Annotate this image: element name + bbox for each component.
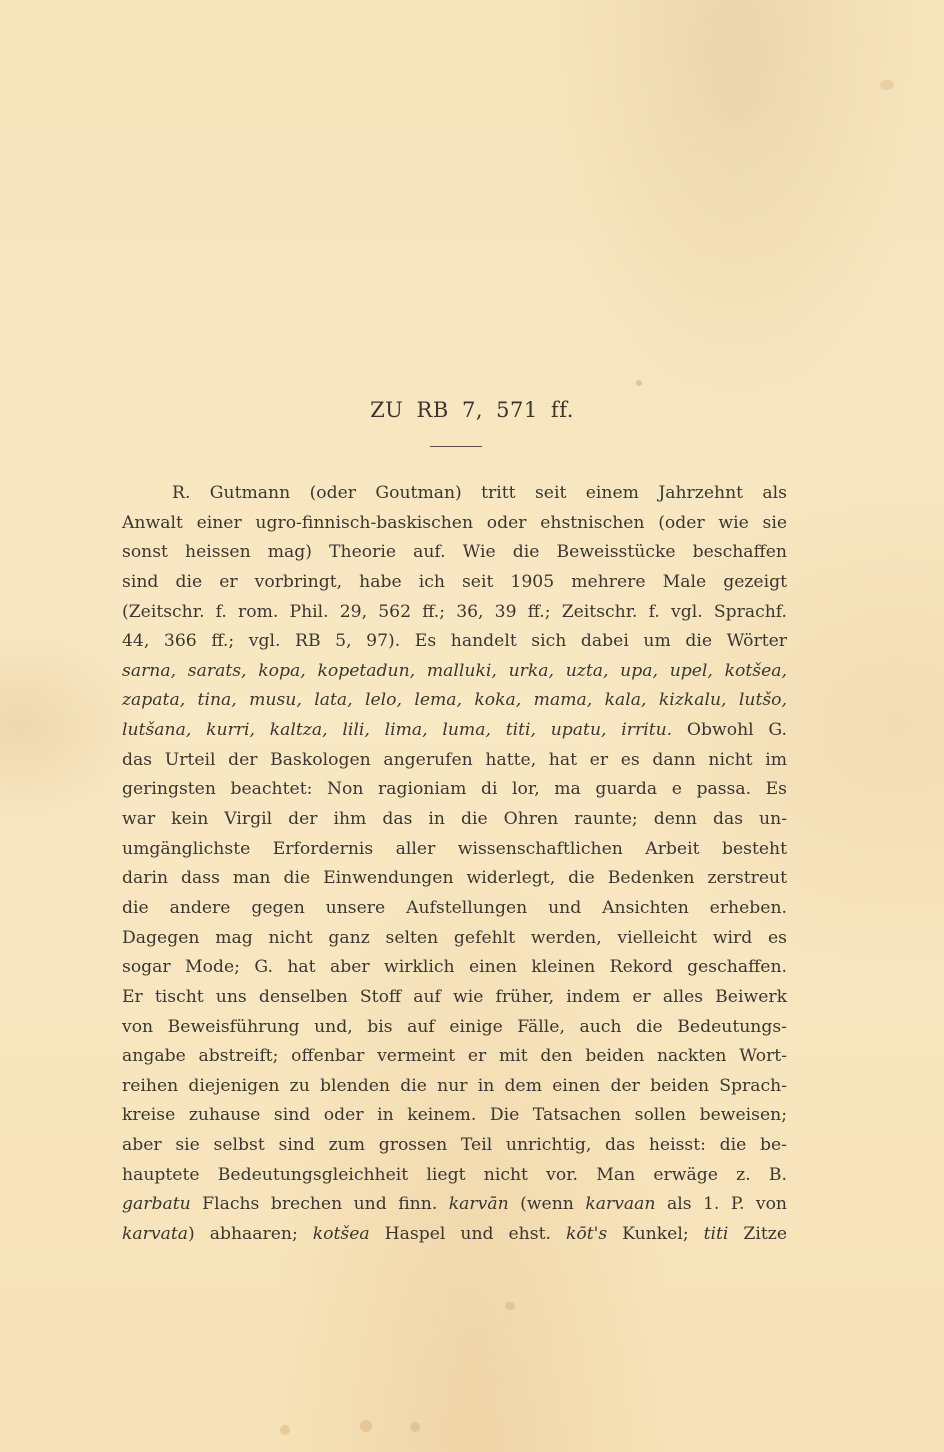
term-italic: karvaan (585, 1194, 655, 1214)
term-italic: karvata (122, 1224, 188, 1244)
text-line: Anwalt einer ugro-finnisch-baskischen od… (122, 509, 787, 539)
article-title: ZU RB 7, 571 ff. (0, 398, 944, 422)
word-list-end: lutšana, kurri, kaltza, lili, lima, luma… (122, 720, 672, 740)
text-line: garbatu Flachs brechen und finn. karvān … (122, 1190, 787, 1220)
term-italic: garbatu (122, 1194, 191, 1214)
title-divider (430, 446, 482, 447)
text-line: umgänglichste Erfordernis aller wissensc… (122, 835, 787, 865)
article-body: R. Gutmann (oder Goutman) tritt seit ein… (122, 479, 787, 1250)
text-line: R. Gutmann (oder Goutman) tritt seit ein… (122, 479, 787, 509)
term-italic: karvān (449, 1194, 509, 1214)
text-line: das Urteil der Baskologen angerufen hatt… (122, 746, 787, 776)
text-line: karvata) abhaaren; kotšea Haspel und ehs… (122, 1220, 787, 1250)
term-italic: kotšea (313, 1224, 370, 1244)
foxing-spot (360, 1420, 372, 1432)
text-line: kreise zuhause sind oder in keinem. Die … (122, 1101, 787, 1131)
text-line: von Beweisführung und, bis auf einige Fä… (122, 1013, 787, 1043)
text-line: war kein Virgil der ihm das in die Ohren… (122, 805, 787, 835)
text-line: Dagegen mag nicht ganz selten gefehlt we… (122, 924, 787, 954)
text-line: lutšana, kurri, kaltza, lili, lima, luma… (122, 716, 787, 746)
text-line: 44, 366 ff.; vgl. RB 5, 97). Es handelt … (122, 627, 787, 657)
foxing-spot (636, 380, 642, 386)
foxing-spot (505, 1302, 515, 1310)
text-line-word-list: zapata, tina, musu, lata, lelo, lema, ko… (122, 686, 787, 716)
term-italic: kōt's (566, 1224, 607, 1244)
text-line: geringsten beachtet: Non ragioniam di lo… (122, 775, 787, 805)
text-line: aber sie selbst sind zum grossen Teil un… (122, 1131, 787, 1161)
text-line-word-list: sarna, sarats, kopa, kopetadun, malluki,… (122, 657, 787, 687)
text-line: reihen diejenigen zu blenden die nur in … (122, 1072, 787, 1102)
foxing-spot (880, 80, 894, 90)
text-line: die andere gegen unsere Aufstellungen un… (122, 894, 787, 924)
text-line: angabe abstreift; offenbar vermeint er m… (122, 1042, 787, 1072)
text-line: sonst heissen mag) Theorie auf. Wie die … (122, 538, 787, 568)
text-line: sogar Mode; G. hat aber wirklich einen k… (122, 953, 787, 983)
term-italic: titi (704, 1224, 729, 1244)
foxing-spot (280, 1425, 290, 1435)
text-line: hauptete Bedeutungsgleichheit liegt nich… (122, 1161, 787, 1191)
text-line: sind die er vorbringt, habe ich seit 190… (122, 568, 787, 598)
text-line: (Zeitschr. f. rom. Phil. 29, 562 ff.; 36… (122, 598, 787, 628)
text-line: darin dass man die Einwendungen widerleg… (122, 864, 787, 894)
foxing-spot (410, 1422, 420, 1432)
text-line: Er tischt uns denselben Stoff auf wie fr… (122, 983, 787, 1013)
